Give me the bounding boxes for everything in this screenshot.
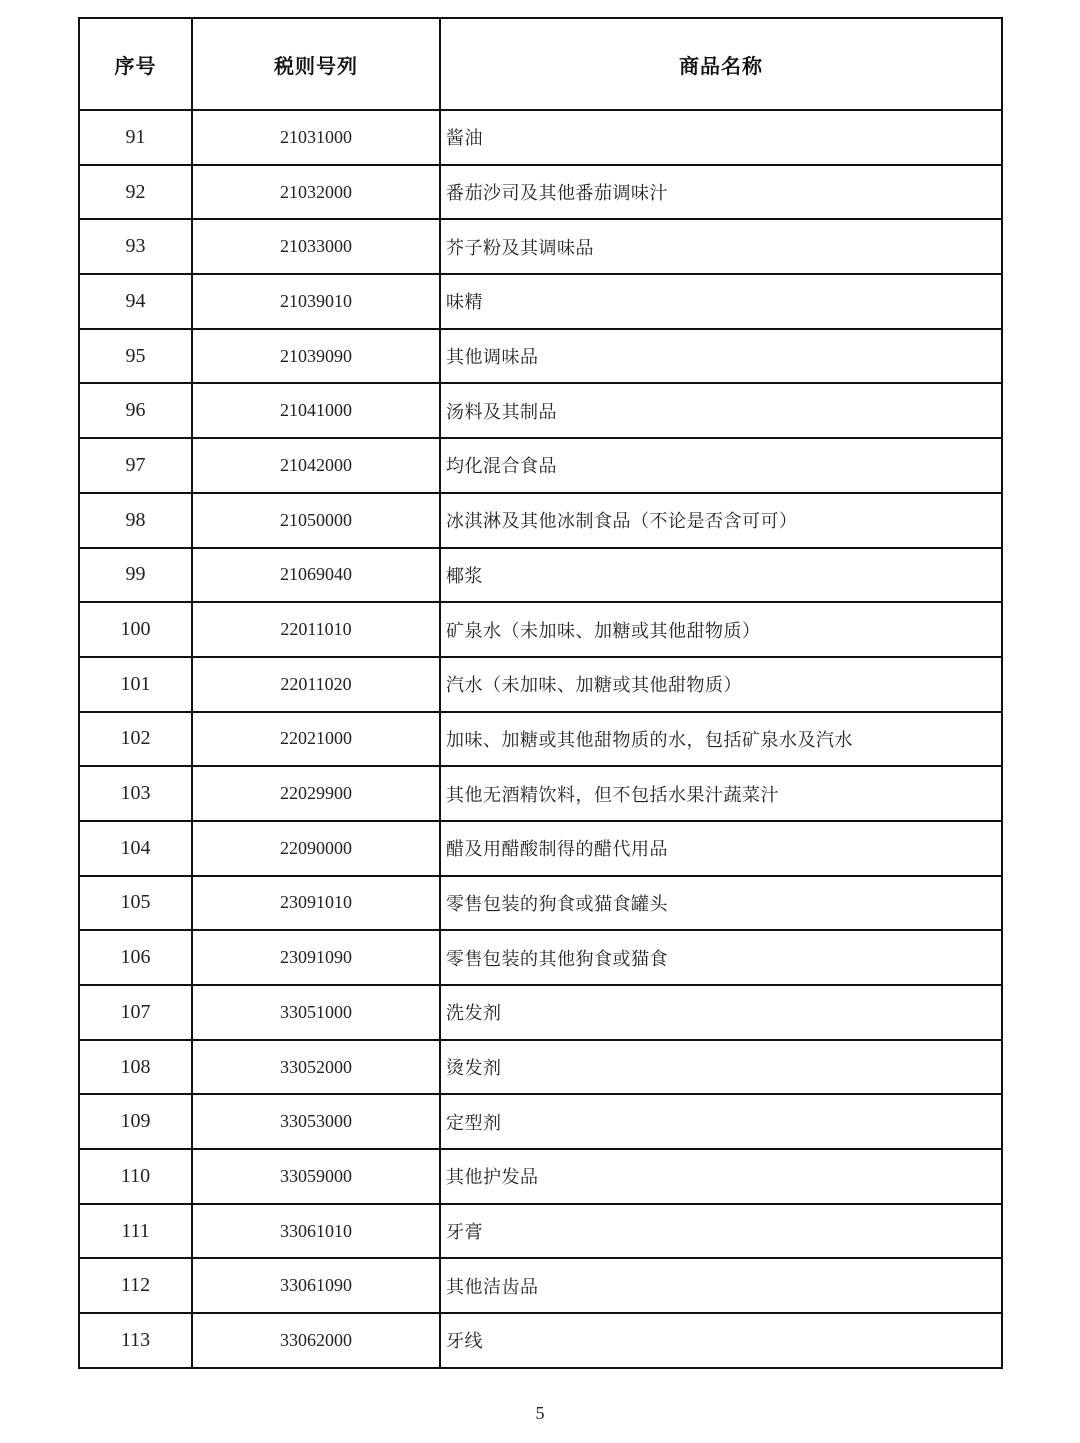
row-product-name: 零售包装的其他狗食或猫食 bbox=[440, 930, 1002, 985]
table-row: 10322029900其他无酒精饮料，但不包括水果汁蔬菜汁 bbox=[79, 766, 1002, 821]
table-row: 10422090000醋及用醋酸制得的醋代用品 bbox=[79, 821, 1002, 876]
row-product-name: 酱油 bbox=[440, 110, 1002, 165]
table-row: 10833052000烫发剂 bbox=[79, 1040, 1002, 1095]
row-tariff-code: 22021000 bbox=[192, 712, 440, 767]
row-product-name: 汽水（未加味、加糖或其他甜物质） bbox=[440, 657, 1002, 712]
row-product-name: 零售包装的狗食或猫食罐头 bbox=[440, 876, 1002, 931]
table-row: 10222021000加味、加糖或其他甜物质的水，包括矿泉水及汽水 bbox=[79, 712, 1002, 767]
table-row: 10022011010矿泉水（未加味、加糖或其他甜物质） bbox=[79, 602, 1002, 657]
table-row: 9221032000番茄沙司及其他番茄调味汁 bbox=[79, 165, 1002, 220]
row-product-name: 其他调味品 bbox=[440, 329, 1002, 384]
row-tariff-code: 33059000 bbox=[192, 1149, 440, 1204]
row-tariff-code: 21039010 bbox=[192, 274, 440, 329]
row-tariff-code: 21032000 bbox=[192, 165, 440, 220]
row-index: 107 bbox=[79, 985, 192, 1040]
row-product-name: 其他洁齿品 bbox=[440, 1258, 1002, 1313]
row-index: 102 bbox=[79, 712, 192, 767]
table-row: 9921069040椰浆 bbox=[79, 548, 1002, 603]
table-row: 9421039010味精 bbox=[79, 274, 1002, 329]
row-product-name: 烫发剂 bbox=[440, 1040, 1002, 1095]
row-product-name: 醋及用醋酸制得的醋代用品 bbox=[440, 821, 1002, 876]
row-product-name: 番茄沙司及其他番茄调味汁 bbox=[440, 165, 1002, 220]
row-product-name: 定型剂 bbox=[440, 1094, 1002, 1149]
table-row: 9621041000汤料及其制品 bbox=[79, 383, 1002, 438]
row-tariff-code: 22011010 bbox=[192, 602, 440, 657]
row-product-name: 均化混合食品 bbox=[440, 438, 1002, 493]
row-product-name: 汤料及其制品 bbox=[440, 383, 1002, 438]
row-product-name: 椰浆 bbox=[440, 548, 1002, 603]
row-index: 108 bbox=[79, 1040, 192, 1095]
row-tariff-code: 33061090 bbox=[192, 1258, 440, 1313]
header-tariff-code: 税则号列 bbox=[192, 18, 440, 110]
row-product-name: 芥子粉及其调味品 bbox=[440, 219, 1002, 274]
row-product-name: 冰淇淋及其他冰制食品（不论是否含可可） bbox=[440, 493, 1002, 548]
row-product-name: 牙膏 bbox=[440, 1204, 1002, 1259]
table-row: 10523091010零售包装的狗食或猫食罐头 bbox=[79, 876, 1002, 931]
table-row: 11233061090其他洁齿品 bbox=[79, 1258, 1002, 1313]
row-tariff-code: 22090000 bbox=[192, 821, 440, 876]
row-index: 109 bbox=[79, 1094, 192, 1149]
page-number: 5 bbox=[0, 1403, 1080, 1424]
table-row: 10623091090零售包装的其他狗食或猫食 bbox=[79, 930, 1002, 985]
row-index: 105 bbox=[79, 876, 192, 931]
table-row: 10122011020汽水（未加味、加糖或其他甜物质） bbox=[79, 657, 1002, 712]
table-row: 11133061010牙膏 bbox=[79, 1204, 1002, 1259]
row-index: 94 bbox=[79, 274, 192, 329]
row-tariff-code: 23091090 bbox=[192, 930, 440, 985]
row-index: 93 bbox=[79, 219, 192, 274]
row-tariff-code: 21031000 bbox=[192, 110, 440, 165]
row-product-name: 牙线 bbox=[440, 1313, 1002, 1368]
row-index: 113 bbox=[79, 1313, 192, 1368]
row-tariff-code: 21050000 bbox=[192, 493, 440, 548]
row-index: 99 bbox=[79, 548, 192, 603]
table-row: 11333062000牙线 bbox=[79, 1313, 1002, 1368]
table-row: 10933053000定型剂 bbox=[79, 1094, 1002, 1149]
row-tariff-code: 21039090 bbox=[192, 329, 440, 384]
row-index: 95 bbox=[79, 329, 192, 384]
row-index: 97 bbox=[79, 438, 192, 493]
table-header-row: 序号 税则号列 商品名称 bbox=[79, 18, 1002, 110]
row-tariff-code: 22029900 bbox=[192, 766, 440, 821]
table-row: 9521039090其他调味品 bbox=[79, 329, 1002, 384]
row-index: 111 bbox=[79, 1204, 192, 1259]
row-product-name: 其他无酒精饮料，但不包括水果汁蔬菜汁 bbox=[440, 766, 1002, 821]
row-product-name: 加味、加糖或其他甜物质的水，包括矿泉水及汽水 bbox=[440, 712, 1002, 767]
header-index: 序号 bbox=[79, 18, 192, 110]
row-tariff-code: 33053000 bbox=[192, 1094, 440, 1149]
table-row: 9721042000均化混合食品 bbox=[79, 438, 1002, 493]
row-index: 110 bbox=[79, 1149, 192, 1204]
row-tariff-code: 33051000 bbox=[192, 985, 440, 1040]
row-index: 92 bbox=[79, 165, 192, 220]
row-tariff-code: 33052000 bbox=[192, 1040, 440, 1095]
table-row: 11033059000其他护发品 bbox=[79, 1149, 1002, 1204]
row-product-name: 矿泉水（未加味、加糖或其他甜物质） bbox=[440, 602, 1002, 657]
row-index: 106 bbox=[79, 930, 192, 985]
row-tariff-code: 23091010 bbox=[192, 876, 440, 931]
row-product-name: 其他护发品 bbox=[440, 1149, 1002, 1204]
row-product-name: 洗发剂 bbox=[440, 985, 1002, 1040]
tariff-product-table: 序号 税则号列 商品名称 9121031000酱油 9221032000番茄沙司… bbox=[78, 17, 1003, 1369]
table-row: 9121031000酱油 bbox=[79, 110, 1002, 165]
row-index: 100 bbox=[79, 602, 192, 657]
table-row: 10733051000洗发剂 bbox=[79, 985, 1002, 1040]
row-index: 101 bbox=[79, 657, 192, 712]
row-tariff-code: 21042000 bbox=[192, 438, 440, 493]
row-index: 98 bbox=[79, 493, 192, 548]
row-tariff-code: 22011020 bbox=[192, 657, 440, 712]
row-product-name: 味精 bbox=[440, 274, 1002, 329]
row-index: 112 bbox=[79, 1258, 192, 1313]
row-tariff-code: 21041000 bbox=[192, 383, 440, 438]
row-tariff-code: 33062000 bbox=[192, 1313, 440, 1368]
header-product-name: 商品名称 bbox=[440, 18, 1002, 110]
row-tariff-code: 21033000 bbox=[192, 219, 440, 274]
row-index: 104 bbox=[79, 821, 192, 876]
row-index: 103 bbox=[79, 766, 192, 821]
row-tariff-code: 33061010 bbox=[192, 1204, 440, 1259]
row-index: 91 bbox=[79, 110, 192, 165]
row-index: 96 bbox=[79, 383, 192, 438]
table-row: 9821050000冰淇淋及其他冰制食品（不论是否含可可） bbox=[79, 493, 1002, 548]
row-tariff-code: 21069040 bbox=[192, 548, 440, 603]
table-row: 9321033000芥子粉及其调味品 bbox=[79, 219, 1002, 274]
